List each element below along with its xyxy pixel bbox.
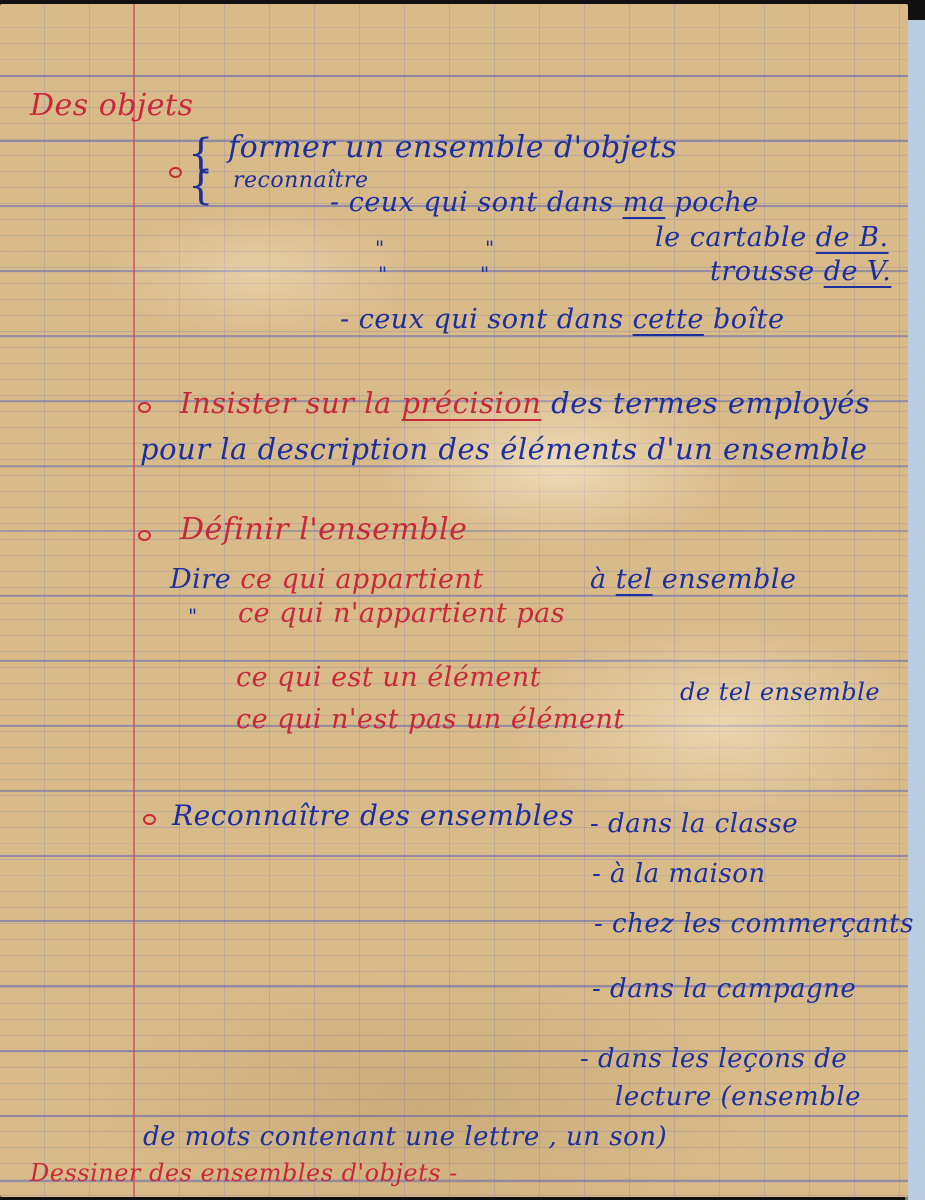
bullet-icon: [143, 814, 156, 825]
instruction-description: pour la description des éléments d'un en…: [140, 432, 867, 466]
notebook-backing-cover: [905, 20, 925, 1200]
ditto-mark: ": [375, 236, 384, 260]
list-item: - ceux qui sont dans ma poche: [330, 187, 759, 218]
bullet-icon: [138, 402, 151, 413]
notebook-page: Des objets { { former un ensemble d'obje…: [0, 4, 908, 1197]
list-item: - dans la campagne: [592, 974, 856, 1004]
define-target-set: à tel ensemble: [590, 564, 796, 595]
ditto-mark: ": [188, 604, 197, 628]
list-item-continuation: lecture (ensemble: [615, 1082, 861, 1112]
define-line-not-element: ce qui n'est pas un élément: [236, 704, 625, 735]
list-item: - chez les commerçants: [594, 909, 914, 939]
bullet-icon: [138, 530, 151, 541]
bullet-icon: [169, 167, 182, 178]
brace-icon: {: [188, 160, 213, 212]
define-line-not-belongs: ce qui n'appartient pas: [238, 598, 565, 629]
instruction-precision: Insister sur la précision des termes emp…: [180, 386, 870, 420]
brace-line-form: former un ensemble d'objets: [228, 130, 677, 165]
list-item: - à la maison: [592, 859, 766, 889]
list-item: trousse de V.: [710, 256, 891, 287]
list-item-continuation: de mots contenant une lettre , un son): [143, 1122, 667, 1152]
list-item: - dans la classe: [590, 809, 798, 839]
ditto-mark: ": [480, 262, 489, 286]
page-title: Des objets: [30, 88, 194, 123]
define-line-belongs: Dire ce qui appartient: [170, 564, 484, 595]
define-line-is-element: ce qui est un élément: [236, 662, 541, 693]
section-heading-recognize: Reconnaître des ensembles: [172, 799, 574, 832]
list-item: - ceux qui sont dans cette boîte: [340, 304, 784, 335]
footer-instruction: Dessiner des ensembles d'objets -: [30, 1159, 458, 1187]
margin-line: [133, 4, 135, 1197]
define-side-note: de tel ensemble: [680, 678, 880, 706]
ditto-mark: ": [378, 262, 387, 286]
ditto-mark: ": [485, 236, 494, 260]
list-item: le cartable de B.: [655, 222, 889, 253]
section-heading-define: Définir l'ensemble: [180, 512, 467, 547]
list-item: - dans les leçons de: [580, 1044, 847, 1074]
